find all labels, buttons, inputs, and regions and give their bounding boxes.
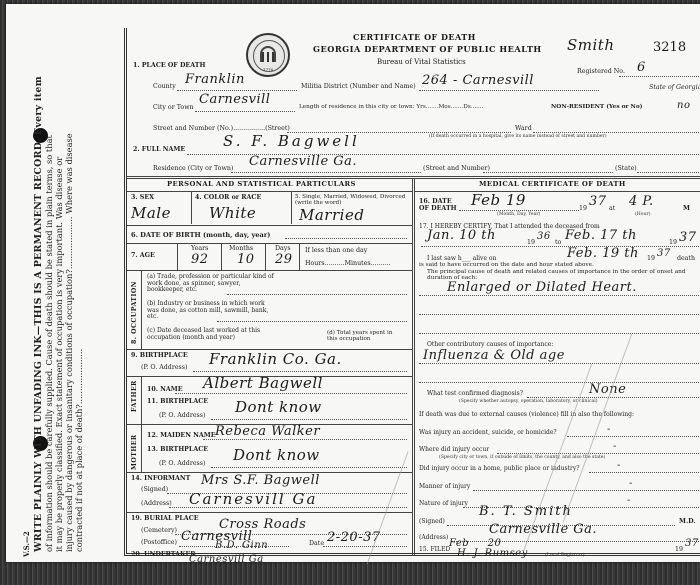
registered-number: 6	[637, 60, 646, 75]
form-code: V.S.—2	[22, 531, 31, 557]
filed-year-value: 37	[685, 538, 699, 549]
diagnosis-test-value: None	[589, 382, 626, 397]
birthplace-value: Franklin Co. Ga.	[209, 350, 342, 368]
sex-value: Male	[131, 204, 171, 222]
death-hour-value: 4 P.	[629, 194, 654, 209]
undertaker-address-value: Carnesvill Ga	[189, 554, 264, 565]
date-of-death-value: Feb 19	[471, 191, 526, 209]
age-years-value: 92	[191, 252, 209, 267]
age-months-value: 10	[237, 252, 255, 267]
personal-section-title: PERSONAL AND STATISTICAL PARTICULARS	[167, 180, 356, 188]
attended-to-value: Feb. 17 th	[565, 228, 637, 243]
full-name-value: S. F. Bagwell	[223, 132, 360, 150]
physician-address-value: Carnesville Ga.	[489, 522, 597, 537]
physician-signature-value: B. T. Smith	[479, 504, 573, 519]
bureau-name: Bureau of Vital Statistics	[377, 58, 466, 66]
burial-date-value: 2-20-37	[327, 530, 381, 545]
file-note: Smith	[567, 36, 615, 54]
attended-from-value: Jan. 10 th	[427, 228, 496, 243]
local-registrar-signature-value: H. J. Rumsey	[457, 548, 528, 559]
informant-address-value: Carnesvill Ga	[189, 490, 317, 508]
county-value: Franklin	[185, 72, 245, 87]
informant-value: Mrs S.F. Bagwell	[201, 473, 320, 488]
certificate-form: 1776 CERTIFICATE OF DEATH GEORGIA DEPART…	[124, 28, 700, 556]
last-seen-alive-value: Feb. 19 th	[567, 246, 639, 261]
occupation-vertical-label: 8. OCCUPATION	[131, 281, 138, 344]
mother-birthplace-value: Dont know	[233, 446, 320, 464]
death-certificate: V.S.—2 WRITE PLAINLY WITH UNFADING INK—T…	[6, 4, 700, 562]
father-birthplace-value: Dont know	[235, 398, 322, 416]
race-value: White	[209, 204, 256, 222]
undertaker-value: B.D. Ginn	[215, 540, 268, 551]
marital-status-value: Married	[299, 206, 364, 224]
age-days-value: 29	[275, 252, 293, 267]
pencil-strike-mark	[367, 451, 409, 564]
father-vertical-label: FATHER	[131, 380, 138, 412]
medical-section-title: MEDICAL CERTIFICATE OF DEATH	[479, 180, 626, 188]
contributory-causes-value: Influenza & Old age	[423, 348, 565, 363]
georgia-state-seal-icon: 1776	[246, 33, 290, 77]
certificate-title: CERTIFICATE OF DEATH	[353, 32, 476, 42]
file-number: 3218	[653, 40, 686, 55]
mother-vertical-label: MOTHER	[131, 434, 138, 470]
father-name-value: Albert Bagwell	[203, 374, 323, 392]
non-resident-value: no	[677, 100, 690, 111]
department-name: GEORGIA DEPARTMENT OF PUBLIC HEALTH	[313, 44, 542, 54]
side-instructions: WRITE PLAINLY WITH UNFADING INK—THIS IS …	[34, 32, 84, 552]
residence-value: Carnesville Ga.	[249, 154, 357, 169]
death-year-value: 37	[589, 194, 607, 209]
militia-district-value: 264 - Carnesvill	[422, 73, 534, 88]
principal-cause-value: Enlarged or Dilated Heart.	[447, 280, 637, 295]
city-value: Carnesvill	[199, 92, 270, 107]
mother-name-value: Rebeca Walker	[215, 424, 320, 439]
